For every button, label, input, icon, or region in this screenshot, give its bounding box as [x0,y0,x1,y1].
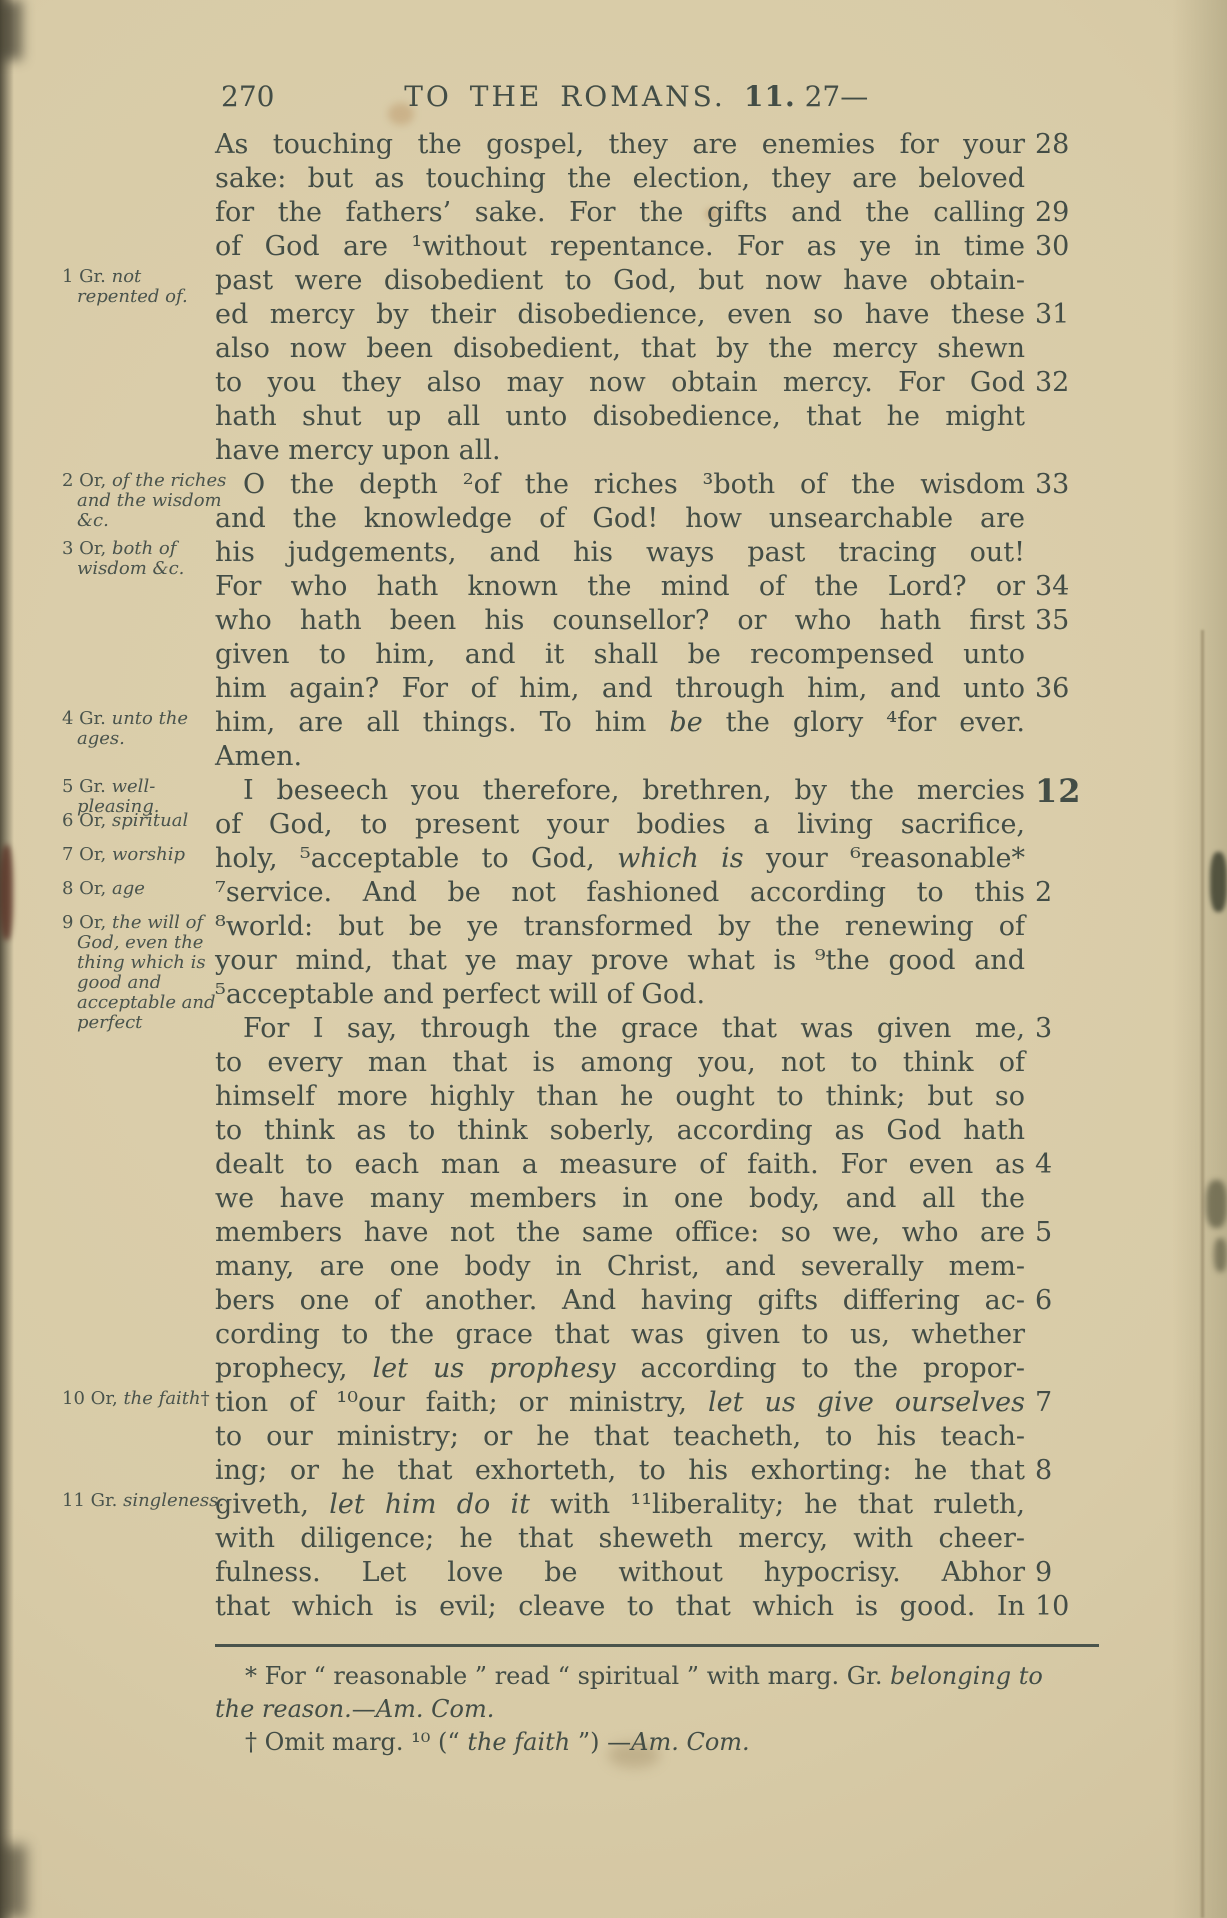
body-line: with diligence; he that sheweth mercy, w… [0,1522,1227,1556]
margin-note-cell [58,740,215,774]
body-line: given to him, and it shall be recompense… [0,638,1227,672]
body-line: 6 Or, spiritual of God, to present your … [0,808,1227,842]
verse-number: 5 [1025,1216,1095,1250]
body-line: many, are one body in Christ, and severa… [0,1250,1227,1284]
body-line-text: ed mercy by their disobedience, even so … [215,298,1025,332]
margin-note-cell [58,1250,215,1284]
body-line-text: cording to the grace that was given to u… [215,1318,1025,1352]
margin-note-cell [58,978,215,1012]
verse-number [1025,1046,1095,1080]
margin-note-cell [58,1590,215,1624]
margin-note-cell: 11 Gr. singleness. [58,1488,215,1522]
body-line-text: ⁷service. And be not fashioned according… [215,876,1025,910]
footnote-line: the reason.—Am. Com. [215,1693,1075,1726]
margin-note-cell [58,1182,215,1216]
body-line: 4 Gr. unto the ages. him, are all things… [0,706,1227,740]
page-header: 270 TO THE ROMANS. 11. 27— [0,80,1227,120]
body-line-text: ⁵acceptable and perfect will of God. [215,978,1025,1012]
verse-number [1025,332,1095,366]
verse-number [1025,978,1095,1012]
body-line-text: who hath been his counsellor? or who hat… [215,604,1025,638]
margin-note-cell [58,1556,215,1590]
body-line-text: also now been disobedient, that by the m… [215,332,1025,366]
body-line-text: tion of ¹⁰our faith; or ministry, let us… [215,1386,1025,1420]
body-line: to you they also may now obtain mercy. F… [0,366,1227,400]
margin-note-cell [58,196,215,230]
body-line: him again? For of him, and through him, … [0,672,1227,706]
body-line: of God are ¹without repentance. For as y… [0,230,1227,264]
body-line-text: for the fathers’ sake. For the gifts and… [215,196,1025,230]
verse-number: 32 [1025,366,1095,400]
scripture-text: As touching the gospel, they are enemies… [0,128,1227,1624]
verse-number [1025,944,1095,978]
verse-number [1025,706,1095,740]
body-line-text: giveth, let him do it with ¹¹liberality;… [215,1488,1025,1522]
verse-number [1025,502,1095,536]
verse-number [1025,264,1095,298]
verse-number: 28 [1025,128,1095,162]
page-number: 270 [221,80,274,113]
footnote-text: * For “ reasonable ” read “ spiritual ” … [245,1662,1043,1690]
verse-number [1025,808,1095,842]
body-line-text: to think as to think soberly, according … [215,1114,1025,1148]
verse-number: 36 [1025,672,1095,706]
verse-number [1025,910,1095,944]
margin-note: 8 Or, age [62,879,227,899]
body-line-text: hath shut up all unto disobedience, that… [215,400,1025,434]
margin-note-cell [58,1114,215,1148]
body-line-text: that which is evil; cleave to that which… [215,1590,1025,1624]
body-line-text: holy, ⁵acceptable to God, which is your … [215,842,1025,876]
margin-note-cell [58,1284,215,1318]
book-page: 270 TO THE ROMANS. 11. 27— As touching t… [0,0,1227,1918]
verse-number: 3 [1025,1012,1095,1046]
margin-note-cell [58,332,215,366]
body-line: 7 Or, worship holy, ⁵acceptable to God, … [0,842,1227,876]
body-line: 11 Gr. singleness. giveth, let him do it… [0,1488,1227,1522]
body-line-text: and the knowledge of God! how unsearchab… [215,502,1025,536]
body-line: dealt to each man a measure of faith. Fo… [0,1148,1227,1182]
verse-number: 30 [1025,230,1095,264]
margin-note-cell [58,1522,215,1556]
margin-note-cell [58,1352,215,1386]
body-line-text: given to him, and it shall be recompense… [215,638,1025,672]
margin-note-cell [58,944,215,978]
body-line-text: Amen. [215,740,1025,774]
body-line-text: have mercy upon all. [215,434,1025,468]
footnote-line: * For “ reasonable ” read “ spiritual ” … [215,1660,1075,1693]
body-line: ed mercy by their disobedience, even so … [0,298,1227,332]
body-line-text: himself more highly than he ought to thi… [215,1080,1025,1114]
body-line: himself more highly than he ought to thi… [0,1080,1227,1114]
verse-number [1025,1182,1095,1216]
body-line-text: him, are all things. To him be the glory… [215,706,1025,740]
body-line-text: O the depth ²of the riches ³both of the … [215,468,1025,502]
margin-note-cell: 7 Or, worship [58,842,215,876]
margin-note-cell [58,230,215,264]
footnote-text: the reason.—Am. Com. [215,1695,494,1723]
body-line: 8 Or, age ⁷service. And be not fashioned… [0,876,1227,910]
margin-note-cell: 10 Or, the faith† [58,1386,215,1420]
margin-note-cell [58,1046,215,1080]
margin-note-cell: 8 Or, age [58,876,215,910]
body-line: prophecy, let us prophesy according to t… [0,1352,1227,1386]
body-line: and the knowledge of God! how unsearchab… [0,502,1227,536]
verse-number [1025,1080,1095,1114]
verse-number [1025,162,1095,196]
body-line-text: to every man that is among you, not to t… [215,1046,1025,1080]
margin-note-cell [58,1148,215,1182]
body-line-text: As touching the gospel, they are enemies… [215,128,1025,162]
body-line: to every man that is among you, not to t… [0,1046,1227,1080]
margin-note-cell [58,128,215,162]
body-line-text: his judgements, and his ways past tracin… [215,536,1025,570]
verse-number [1025,1250,1095,1284]
footnote-rule [215,1644,1099,1647]
verse-number: 34 [1025,570,1095,604]
margin-note-cell: 5 Gr. well-pleasing. [58,774,215,808]
verse-number: 12 [1025,774,1095,808]
margin-note-cell: 4 Gr. unto the ages. [58,706,215,740]
verse-number [1025,1352,1095,1386]
margin-note: 7 Or, worship [62,845,227,865]
body-line: for the fathers’ sake. For the gifts and… [0,196,1227,230]
verse-number: 33 [1025,468,1095,502]
verse-number: 31 [1025,298,1095,332]
margin-note-cell [58,1012,215,1046]
margin-note-cell: 2 Or, of the riches and the wisdom &c. [58,468,215,502]
verse-number: 9 [1025,1556,1095,1590]
body-line: 2 Or, of the riches and the wisdom &c. O… [0,468,1227,502]
margin-note-cell [58,672,215,706]
body-line-text: we have many members in one body, and al… [215,1182,1025,1216]
verse-number [1025,740,1095,774]
body-line-text: him again? For of him, and through him, … [215,672,1025,706]
body-line-text: past were disobedient to God, but now ha… [215,264,1025,298]
margin-note-cell [58,366,215,400]
verse-number: 6 [1025,1284,1095,1318]
margin-note-cell: 9 Or, the will of God, even the thing wh… [58,910,215,944]
body-line: cording to the grace that was given to u… [0,1318,1227,1352]
margin-note-cell [58,1420,215,1454]
body-line: members have not the same office: so we,… [0,1216,1227,1250]
body-line-text: dealt to each man a measure of faith. Fo… [215,1148,1025,1182]
body-line-text: bers one of another. And having gifts di… [215,1284,1025,1318]
body-line: hath shut up all unto disobedience, that… [0,400,1227,434]
body-line-text: sake: but as touching the election, they… [215,162,1025,196]
body-line: For I say, through the grace that was gi… [0,1012,1227,1046]
margin-note-cell: 3 Or, both of wisdom &c. [58,536,215,570]
margin-note-cell: 6 Or, spiritual [58,808,215,842]
body-line: who hath been his counsellor? or who hat… [0,604,1227,638]
verse-number: 10 [1025,1590,1095,1624]
margin-note: 10 Or, the faith† [62,1389,227,1409]
footnote-text: † Omit marg. ¹⁰ (“ the faith ”) —Am. Com… [245,1728,750,1756]
verse-number [1025,1420,1095,1454]
ref-chapter: 11. [744,80,796,113]
body-line-text: of God are ¹without repentance. For as y… [215,230,1025,264]
body-line: 1 Gr. not repented of. past were disobed… [0,264,1227,298]
margin-note: 6 Or, spiritual [62,811,227,831]
body-line-text: For I say, through the grace that was gi… [215,1012,1025,1046]
margin-note-cell [58,570,215,604]
ref-verses: 27— [796,80,869,113]
body-line: to think as to think soberly, according … [0,1114,1227,1148]
body-line: have mercy upon all. [0,434,1227,468]
verse-number [1025,638,1095,672]
verse-number: 2 [1025,876,1095,910]
verse-number [1025,434,1095,468]
margin-note-cell [58,400,215,434]
body-line: fulness. Let love be without hypocrisy. … [0,1556,1227,1590]
verse-number [1025,536,1095,570]
margin-note-cell [58,1080,215,1114]
verse-number: 8 [1025,1454,1095,1488]
body-line: also now been disobedient, that by the m… [0,332,1227,366]
page-corner-shadow [0,1845,26,1918]
body-line-text: to you they also may now obtain mercy. F… [215,366,1025,400]
body-line: ing; or he that exhorteth, to his exhort… [0,1454,1227,1488]
margin-note-cell [58,1454,215,1488]
page-corner-shadow [0,0,22,60]
verse-number: 29 [1025,196,1095,230]
margin-note-cell [58,162,215,196]
running-title: TO THE ROMANS. [400,80,730,113]
footnotes: * For “ reasonable ” read “ spiritual ” … [215,1660,1075,1759]
verse-number: 7 [1025,1386,1095,1420]
body-line: bers one of another. And having gifts di… [0,1284,1227,1318]
verse-number [1025,842,1095,876]
body-line-text: many, are one body in Christ, and severa… [215,1250,1025,1284]
body-line: Amen. [0,740,1227,774]
verse-number: 35 [1025,604,1095,638]
body-line-text: with diligence; he that sheweth mercy, w… [215,1522,1025,1556]
body-line: For who hath known the mind of the Lord?… [0,570,1227,604]
body-line-text: of God, to present your bodies a living … [215,808,1025,842]
verse-number: 4 [1025,1148,1095,1182]
body-line: 5 Gr. well-pleasing. I beseech you there… [0,774,1227,808]
body-line: to our ministry; or he that teacheth, to… [0,1420,1227,1454]
body-line: As touching the gospel, they are enemies… [0,128,1227,162]
body-line: sake: but as touching the election, they… [0,162,1227,196]
body-line-text: ⁸world: but be ye transformed by the ren… [215,910,1025,944]
margin-note-cell [58,1216,215,1250]
body-line: ⁵acceptable and perfect will of God. [0,978,1227,1012]
body-line: that which is evil; cleave to that which… [0,1590,1227,1624]
body-line: 3 Or, both of wisdom &c. his judgements,… [0,536,1227,570]
verse-number [1025,1318,1095,1352]
body-line-text: fulness. Let love be without hypocrisy. … [215,1556,1025,1590]
verse-number [1025,1114,1095,1148]
body-line-text: members have not the same office: so we,… [215,1216,1025,1250]
body-line-text: your mind, that ye may prove what is ⁹th… [215,944,1025,978]
body-line-text: For who hath known the mind of the Lord?… [215,570,1025,604]
body-line-text: I beseech you therefore, brethren, by th… [215,774,1025,808]
verse-number [1025,1488,1095,1522]
verse-number [1025,400,1095,434]
footnote-line: † Omit marg. ¹⁰ (“ the faith ”) —Am. Com… [215,1726,1075,1759]
body-line-text: ing; or he that exhorteth, to his exhort… [215,1454,1025,1488]
body-line-text: to our ministry; or he that teacheth, to… [215,1420,1025,1454]
chapter-verse-ref: 11. 27— [744,80,868,113]
margin-note-cell [58,604,215,638]
body-line: 9 Or, the will of God, even the thing wh… [0,910,1227,944]
body-line: 10 Or, the faith† tion of ¹⁰our faith; o… [0,1386,1227,1420]
margin-note-cell [58,298,215,332]
margin-note: 11 Gr. singleness. [62,1491,227,1511]
body-line: we have many members in one body, and al… [0,1182,1227,1216]
margin-note-cell [58,502,215,536]
body-line: your mind, that ye may prove what is ⁹th… [0,944,1227,978]
margin-note-cell [58,638,215,672]
body-line-text: prophecy, let us prophesy according to t… [215,1352,1025,1386]
margin-note-cell: 1 Gr. not repented of. [58,264,215,298]
margin-note-cell [58,1318,215,1352]
verse-number [1025,1522,1095,1556]
margin-note-cell [58,434,215,468]
